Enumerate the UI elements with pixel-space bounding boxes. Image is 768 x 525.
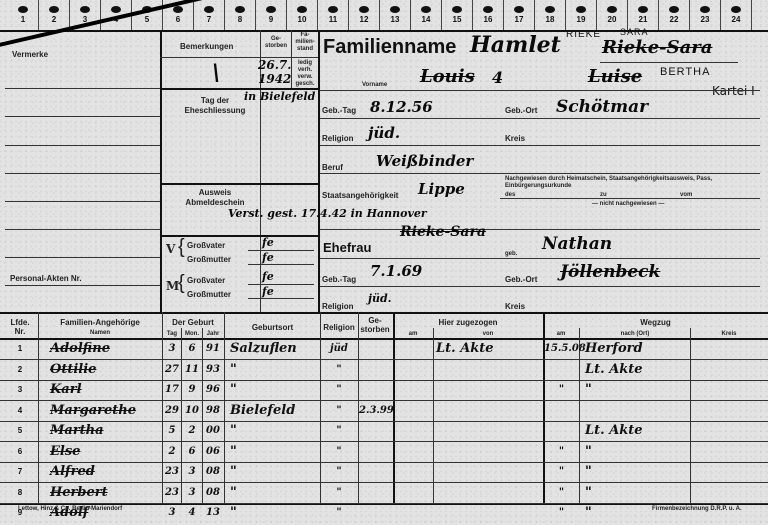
cell-ort: " [230,381,320,399]
punch-hole-icon [173,6,183,13]
hw-grossvater-v: fe [262,236,274,249]
cell-nr: 2 [5,361,35,379]
punch-hole-icon [421,6,431,13]
table-row: 7Alfred23308"""" [0,463,768,481]
label-ehefrau-geb-ort: Geb.-Ort [505,275,537,284]
punch-cell: 7 [194,0,225,30]
cell-nr: 3 [5,381,35,399]
print-spouse-name-added: SARA [620,27,649,37]
punch-cell: 8 [225,0,256,30]
cell-gestorben [359,463,393,481]
cell-gestorben [359,422,393,440]
punch-hole-icon [607,6,617,13]
cell-weg-am [544,422,579,440]
label-kreis: Kreis [505,134,525,143]
cell-ort: " [230,484,320,502]
cell-tag: 23 [163,484,181,502]
cell-weg-kreis [692,340,768,358]
cell-mon: 11 [182,361,202,379]
punch-cell: 12 [349,0,380,30]
punch-hole-icon [483,6,493,13]
hw-death-note: Verst. gest. 17.4.42 in Hannover [228,207,427,220]
label-vermerke: Vermerke [12,50,48,59]
cell-ort: Salzuflen [230,340,320,358]
punch-cell: 18 [535,0,566,30]
table-row: 4Margarethe291098Bielefeld"2.3.99 [0,402,768,420]
cell-religion: jüd [320,340,358,358]
punch-hole-icon [49,6,59,13]
punch-cell: 16 [473,0,504,30]
cell-zu-von: Lt. Akte [436,340,541,358]
hw-staatsangehoerigkeit: Lippe [418,180,465,198]
punch-hole-icon [80,6,90,13]
hw-spouse-vorname-struck: Luise [588,66,642,87]
divider [160,30,162,312]
punch-cell: 10 [287,0,318,30]
print-spouse-vorname: BERTHA [660,66,710,78]
note-kartei: Kartei I [712,84,755,98]
cell-name: Ottilie [50,361,160,379]
cell-zu-am [394,361,432,379]
punch-cell: 11 [318,0,349,30]
label-grossvater-m: Großvater [187,276,225,285]
divider [160,183,318,185]
cell-religion: " [320,484,358,502]
cell-tag: 17 [163,381,181,399]
hw-geb-tag: 8.12.56 [370,98,433,116]
hw-spouse-name-struck: Rieke-Sara [602,37,712,58]
label-grossmutter-v: Großmutter [187,255,231,264]
cell-weg-kreis [692,443,768,461]
cell-ort: " [230,361,320,379]
cell-weg-kreis [692,361,768,379]
label-gestorben: Ge- storben [262,36,290,50]
label-nachgewiesen: Nachgewiesen durch Heimatschein, Staatsa… [505,176,760,190]
th-religion: Religion [320,323,358,332]
cell-tag: 3 [163,340,181,358]
cell-religion: " [320,463,358,481]
label-familienstand-options: ledig verh. verw. gesch. [292,60,318,88]
th-geburtsort: Geburtsort [225,323,320,332]
cell-zu-von [436,402,541,420]
cell-jahr: 08 [203,484,223,502]
cell-zu-am [394,504,432,522]
punch-hole-icon [576,6,586,13]
punch-cell: 13 [380,0,411,30]
punch-cell: 22 [659,0,690,30]
cell-zu-am [394,340,432,358]
cell-tag: 3 [163,504,181,522]
cell-religion: " [320,443,358,461]
cell-gestorben [359,443,393,461]
table-row: 3Karl17996"""" [0,381,768,399]
punch-hole-icon [390,6,400,13]
punch-hole-icon [700,6,710,13]
label-vorname: Vorname [362,82,387,88]
cell-name: Karl [50,381,160,399]
cell-nr: 7 [5,463,35,481]
cell-zu-von [436,422,541,440]
punch-hole-icon [204,6,214,13]
cell-weg-am: " [544,381,579,399]
cell-jahr: 08 [203,463,223,481]
cell-mon: 9 [182,381,202,399]
cell-mon: 2 [182,422,202,440]
cell-ort: " [230,443,320,461]
cell-zu-am [394,381,432,399]
punch-hole-icon [18,6,28,13]
cell-gestorben [359,484,393,502]
hw-ehefrau-geb-ort: Jöllenbeck [560,262,660,282]
hw-ehefrau-geb-tag: 7.1.69 [370,262,422,280]
punch-cell: 2 [39,0,70,30]
cell-zu-von [436,443,541,461]
cell-jahr: 96 [203,381,223,399]
cell-ort: " [230,422,320,440]
punch-cell: 19 [566,0,597,30]
table-row: 8Herbert23308"""" [0,484,768,502]
cell-weg-kreis [692,463,768,481]
cell-zu-von [436,504,541,522]
cell-zu-von [436,381,541,399]
cell-gestorben [359,340,393,358]
label-grossmutter-m: Großmutter [187,290,231,299]
punch-hole-icon [545,6,555,13]
cell-zu-am [394,484,432,502]
cell-jahr: 91 [203,340,223,358]
punch-hole-icon [514,6,524,13]
label-geb-ort: Geb.-Ort [505,106,537,115]
cell-name: Else [50,443,160,461]
punch-cell: 20 [597,0,628,30]
cell-weg-am: " [544,443,579,461]
cell-zu-am [394,422,432,440]
cell-zu-von [436,484,541,502]
hw-vorname-struck: Louis [420,66,475,87]
label-familienstand: Fa- milien- stand [292,32,318,53]
label-staatsangehoerigkeit: Staatsangehörigkeit [322,191,398,200]
label-ehefrau-kreis: Kreis [505,302,525,311]
cell-nr: 1 [5,340,35,358]
cell-weg-am [544,402,579,420]
cell-weg-kreis [692,402,768,420]
label-ehefrau: Ehefrau [323,240,371,255]
cell-mon: 4 [182,504,202,522]
punch-hole-icon [638,6,648,13]
cell-weg-nach: Lt. Akte [585,361,689,379]
cell-gestorben [359,504,393,522]
cell-weg-nach: " [585,484,689,502]
punch-cell: 14 [411,0,442,30]
punch-hole-icon [297,6,307,13]
punch-cell: 24 [721,0,752,30]
label-familienname: Familienname [323,36,456,59]
punch-cell: 9 [256,0,287,30]
cell-jahr: 06 [203,443,223,461]
cell-weg-am [544,361,579,379]
cell-zu-am [394,463,432,481]
cell-mon: 3 [182,463,202,481]
hw-geb-ort: Schötmar [556,97,648,117]
cell-name: Martha [50,422,160,440]
label-bemerkungen: Bemerkungen [180,42,233,51]
cell-weg-nach: " [585,443,689,461]
cell-gestorben: 2.3.99 [359,402,393,420]
cell-zu-am [394,402,432,420]
cell-jahr: 98 [203,402,223,420]
cell-name: Alfred [50,463,160,481]
hw-grossvater-m: fe [262,270,274,283]
cell-religion: " [320,504,358,522]
cell-name: Adolfine [50,340,160,358]
hw-grossmutter-m: fe [262,285,274,298]
th-angehoerige: Familien-Angehörige [40,318,160,327]
cell-weg-nach: " [585,463,689,481]
cell-tag: 23 [163,463,181,481]
cell-name: Herbert [50,484,160,502]
label-ehefrau-religion: Religion [322,302,354,311]
punch-hole-icon [359,6,369,13]
punch-hole-icon [235,6,245,13]
copyright-note: Firmenbezeichnung D.R.P. u. A. [652,506,742,512]
cell-mon: 3 [182,484,202,502]
cell-religion: " [320,422,358,440]
cell-zu-von [436,361,541,379]
cell-weg-am: " [544,484,579,502]
cell-gestorben [359,361,393,379]
table-row: 5Martha5200""Lt. Akte [0,422,768,440]
label-vater: V [166,242,175,256]
label-religion: Religion [322,134,354,143]
cell-ort: " [230,463,320,481]
hw-beruf: Weißbinder [376,152,473,170]
cell-zu-von [436,463,541,481]
cell-nr: 6 [5,443,35,461]
cell-jahr: 00 [203,422,223,440]
cell-weg-nach [585,402,689,420]
punch-cell: 15 [442,0,473,30]
cell-weg-kreis [692,381,768,399]
cell-tag: 2 [163,443,181,461]
cell-nr: 5 [5,422,35,440]
cell-gestorben [359,381,393,399]
divider [318,30,320,312]
cell-weg-kreis [692,422,768,440]
table-top-border [0,312,768,314]
punch-cell: 23 [690,0,721,30]
cell-nr: 4 [5,402,35,420]
hw-death-date: 26.7. 1942 [258,58,291,86]
hw-ehefrau-religion: jüd. [368,292,392,305]
punch-hole-icon [266,6,276,13]
cell-weg-am: " [544,463,579,481]
hw-familienname: Hamlet [470,32,561,58]
cell-mon: 10 [182,402,202,420]
cell-nr: 8 [5,484,35,502]
label-nicht-nachgewiesen: — nicht nachgewiesen — [592,201,664,207]
cell-weg-nach: " [585,381,689,399]
printer-imprint: Lettow, Hinz & Co. Berlin-Mariendorf [18,506,122,512]
th-hier-zugezogen: Hier zugezogen [393,318,543,327]
divider [160,57,318,58]
th-gestorben: Ge- storben [358,316,392,334]
cell-weg-am: " [544,504,579,522]
label-beruf: Beruf [322,163,343,172]
print-spouse-name: RIEKE [566,29,601,40]
cell-religion: " [320,381,358,399]
punch-hole-icon [731,6,741,13]
hw-ehefrau-birth-name: Nathan [542,234,612,254]
label-ausweis: Ausweis Abmeldeschein [170,188,260,208]
cell-ort: Bielefeld [230,402,320,420]
table-row: 1Adolfine3691SalzuflenjüdLt. Akte15.5.08… [0,340,768,358]
punch-hole-icon [669,6,679,13]
cell-ort: " [230,504,320,522]
cell-religion: " [320,402,358,420]
cell-religion: " [320,361,358,379]
th-lfd-nr: Lfde. Nr. [5,318,35,336]
th-der-geburt: Der Geburt [163,318,223,327]
cell-weg-nach: Lt. Akte [585,422,689,440]
registration-card: 123456789101112131415161718192021222324 … [0,0,768,525]
punch-cell: 17 [504,0,535,30]
label-grossvater-v: Großvater [187,241,225,250]
punch-hole-icon [452,6,462,13]
hw-grossmutter-v: fe [262,251,274,264]
cell-mon: 6 [182,340,202,358]
cell-tag: 29 [163,402,181,420]
punch-cell: 21 [628,0,659,30]
table-row: 2Ottilie271193""Lt. Akte [0,361,768,379]
label-geb-tag: Geb.-Tag [322,106,356,115]
hw-ehefrau-struck: Rieke-Sara [400,224,486,240]
label-personal-akten: Personal-Akten Nr. [10,274,82,283]
hw-marriage-place: in Bielefeld [244,90,315,103]
cell-tag: 27 [163,361,181,379]
label-ehefrau-geb-tag: Geb.-Tag [322,275,356,284]
cell-tag: 5 [163,422,181,440]
label-geb: geb. [505,251,517,257]
hw-vorname-mark: 4 [492,68,503,87]
table-row: 6Else2606"""" [0,443,768,461]
cell-mon: 6 [182,443,202,461]
th-namen: Namen [40,330,160,336]
hw-bemerkung-mark: \ [212,60,220,86]
hw-religion: jüd. [368,124,400,142]
cell-zu-am [394,443,432,461]
punch-hole-icon [111,6,121,13]
th-wegzug: Wegzug [543,318,768,327]
cell-jahr: 13 [203,504,223,522]
punch-hole-icon [328,6,338,13]
cell-weg-am: 15.5.08 [544,340,579,358]
cell-weg-nach: Herford [585,340,689,358]
cell-jahr: 93 [203,361,223,379]
cell-weg-kreis [692,484,768,502]
punch-cell: 1 [8,0,39,30]
cell-name: Margarethe [50,402,160,420]
